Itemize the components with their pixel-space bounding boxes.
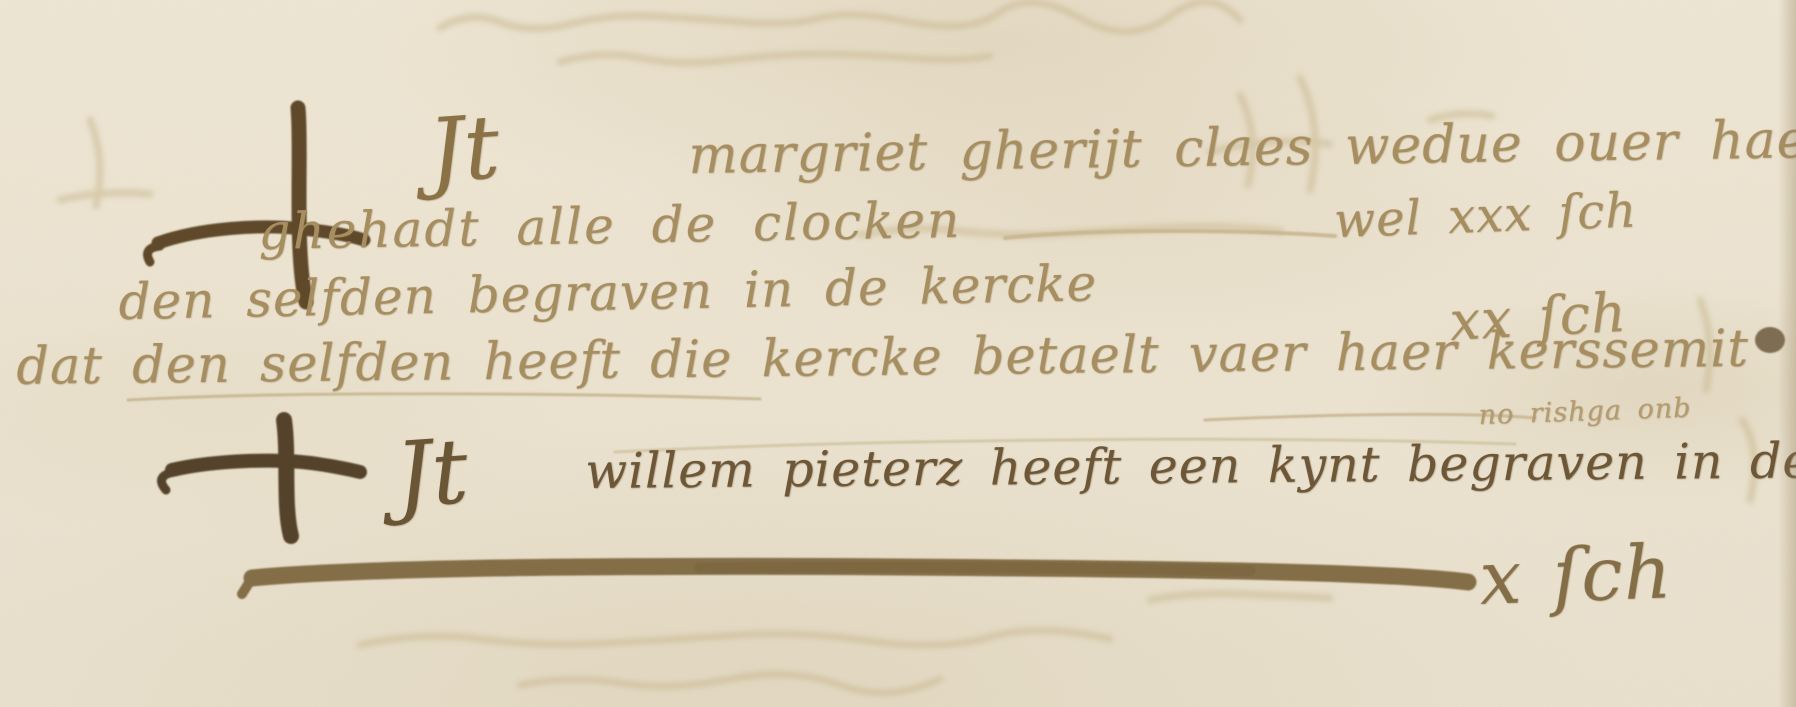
entry1-it-mark: Jt	[425, 95, 503, 203]
entry1-amount-1: wel xxx ſch	[1333, 182, 1638, 249]
entry1-line3: den selfden begraven in de kercke	[118, 254, 1098, 331]
manuscript-page: Jt margriet gherijt claes wedue ouer hae…	[0, 0, 1796, 707]
closing-underline	[242, 566, 1468, 594]
entry1-interlinear-note: no rishga onb	[1478, 393, 1692, 431]
entry1-line4: dat den selfden heeft die kercke betaelt…	[16, 320, 1749, 397]
entry2-amount: x ſch	[1478, 529, 1674, 622]
cross-mark	[162, 420, 361, 536]
entry1-line1: margriet gherijt claes wedue ouer haer	[688, 110, 1796, 186]
page-right-edge	[1778, 0, 1796, 707]
entry2-it-mark: Jt	[392, 419, 471, 529]
entry1-line2: ghehadt alle de clocken	[258, 191, 962, 261]
entry2-line1: willem pieterz heeft een kynt begraven i…	[585, 431, 1796, 500]
